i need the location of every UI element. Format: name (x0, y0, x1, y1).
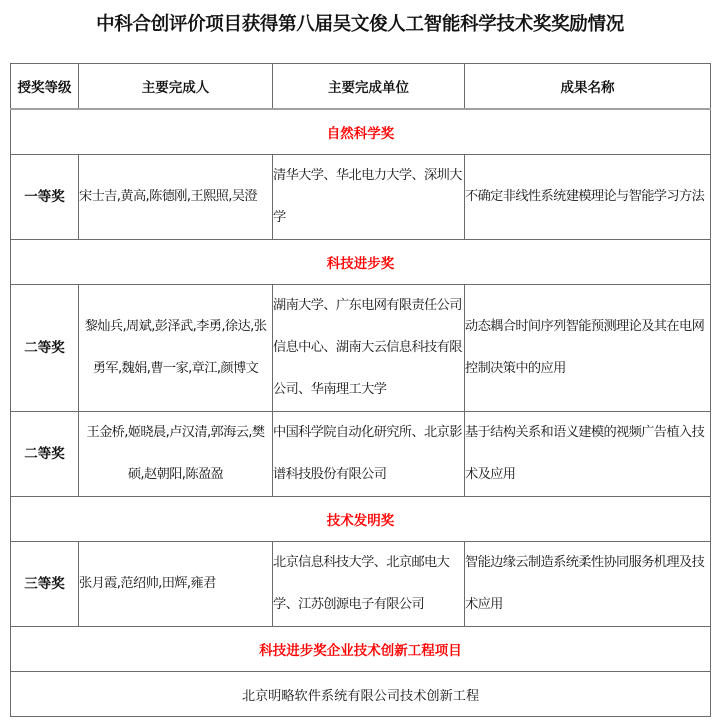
achievement-name: 动态耦合时间序列智能预测理论及其在电网控制决策中的应用 (465, 285, 711, 412)
main-units-text: 北京信息科技大学、北京邮电大学、江苏创源电子有限公司 (273, 542, 464, 626)
achievement-name: 基于结构关系和语义建模的视频广告植入技术及应用 (465, 412, 711, 497)
award-level: 二等奖 (11, 285, 79, 412)
section-heading-natural-science: 自然科学奖 (11, 109, 711, 155)
main-units: 北京信息科技大学、北京邮电大学、江苏创源电子有限公司 (273, 542, 465, 627)
main-persons: 黎灿兵,周斌,彭泽武,李勇,徐达,张勇军,魏娟,曹一家,章江,颜博文 (79, 285, 273, 412)
achievement-name-text: 不确定非线性系统建模理论与智能学习方法 (465, 176, 710, 218)
header-main-units: 主要完成单位 (273, 64, 465, 110)
achievement-name-text: 基于结构关系和语义建模的视频广告植入技术及应用 (465, 412, 710, 496)
main-units: 中国科学院自动化研究所、北京影谱科技股份有限公司 (273, 412, 465, 497)
main-persons-text: 王金桥,姬晓晨,卢汉清,郭海云,樊硕,赵朝阳,陈盈盈 (79, 412, 272, 496)
table-row: 二等奖 王金桥,姬晓晨,卢汉清,郭海云,樊硕,赵朝阳,陈盈盈 中国科学院自动化研… (11, 412, 711, 497)
main-units: 清华大学、华北电力大学、深圳大学 (273, 155, 465, 240)
section-heading-enterprise-innovation: 科技进步奖企业技术创新工程项目 (11, 627, 711, 672)
main-persons-text: 宋士吉,黄高,陈德刚,王熙照,吴澄 (79, 176, 272, 218)
award-table: 授奖等级 主要完成人 主要完成单位 成果名称 自然科学奖 一等奖 宋士吉,黄高,… (10, 63, 711, 717)
section-row: 技术发明奖 (11, 497, 711, 542)
achievement-name-text: 智能边缘云制造系统柔性协同服务机理及技术应用 (465, 542, 710, 626)
award-level: 三等奖 (11, 542, 79, 627)
table-row: 一等奖 宋士吉,黄高,陈德刚,王熙照,吴澄 清华大学、华北电力大学、深圳大学 不… (11, 155, 711, 240)
main-persons: 宋士吉,黄高,陈德刚,王熙照,吴澄 (79, 155, 273, 240)
section-row: 自然科学奖 (11, 109, 711, 155)
section-row: 科技进步奖 (11, 240, 711, 285)
main-persons-text: 张月霞,范绍帅,田辉,雍君 (79, 563, 272, 605)
achievement-name: 智能边缘云制造系统柔性协同服务机理及技术应用 (465, 542, 711, 627)
main-units-text: 清华大学、华北电力大学、深圳大学 (273, 155, 464, 239)
main-persons: 王金桥,姬晓晨,卢汉清,郭海云,樊硕,赵朝阳,陈盈盈 (79, 412, 273, 497)
section-row: 科技进步奖企业技术创新工程项目 (11, 627, 711, 672)
achievement-name-text: 动态耦合时间序列智能预测理论及其在电网控制决策中的应用 (465, 306, 710, 390)
header-main-persons: 主要完成人 (79, 64, 273, 110)
header-achievement-name: 成果名称 (465, 64, 711, 110)
achievement-name: 不确定非线性系统建模理论与智能学习方法 (465, 155, 711, 240)
main-units: 湖南大学、广东电网有限责任公司信息中心、湖南大云信息科技有限公司、华南理工大学 (273, 285, 465, 412)
header-award-level: 授奖等级 (11, 64, 79, 110)
section-heading-tech-invention: 技术发明奖 (11, 497, 711, 542)
award-level: 一等奖 (11, 155, 79, 240)
table-row: 三等奖 张月霞,范绍帅,田辉,雍君 北京信息科技大学、北京邮电大学、江苏创源电子… (11, 542, 711, 627)
table-header-row: 授奖等级 主要完成人 主要完成单位 成果名称 (11, 64, 711, 110)
table-row: 二等奖 黎灿兵,周斌,彭泽武,李勇,徐达,张勇军,魏娟,曹一家,章江,颜博文 湖… (11, 285, 711, 412)
main-units-text: 湖南大学、广东电网有限责任公司信息中心、湖南大云信息科技有限公司、华南理工大学 (273, 285, 464, 411)
table-row: 北京明略软件系统有限公司技术创新工程 (11, 672, 711, 717)
section-heading-sci-tech-progress: 科技进步奖 (11, 240, 711, 285)
main-persons: 张月霞,范绍帅,田辉,雍君 (79, 542, 273, 627)
page-title: 中科合创评价项目获得第八届吴文俊人工智能科学技术奖奖励情况 (0, 10, 720, 36)
main-units-text: 中国科学院自动化研究所、北京影谱科技股份有限公司 (273, 412, 464, 496)
award-level: 二等奖 (11, 412, 79, 497)
enterprise-project-name: 北京明略软件系统有限公司技术创新工程 (11, 672, 711, 717)
main-persons-text: 黎灿兵,周斌,彭泽武,李勇,徐达,张勇军,魏娟,曹一家,章江,颜博文 (79, 306, 272, 390)
